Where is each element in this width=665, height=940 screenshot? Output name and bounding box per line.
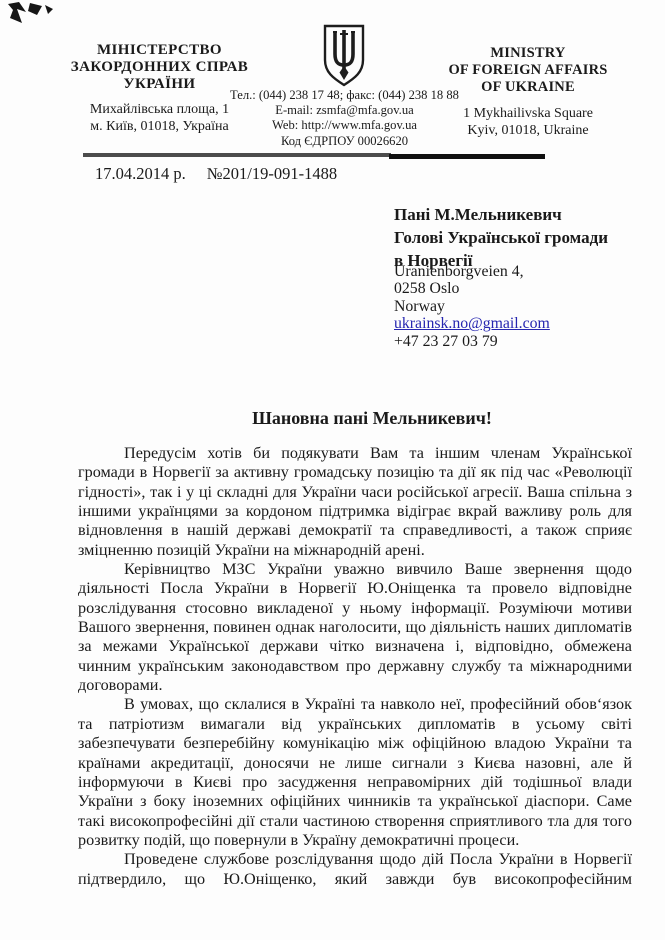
ministry-address-line: 1 Mykhailivska Square (428, 105, 628, 122)
recipient-address-block: Uranienborgveien 4,0258 OsloNorway ukrai… (394, 263, 550, 350)
body-text-line: діяльності Посла України в Норвегії Ю.Он… (78, 579, 632, 598)
header-rule-gray-segment (83, 153, 391, 157)
body-text-line: країнами акредитації, доносячи не лише с… (78, 754, 632, 773)
ministry-name-line: МІНІСТЕРСТВО (52, 42, 267, 59)
recipient-address-line: Norway (394, 298, 550, 315)
ministry-name-line: OF FOREIGN AFFAIRS (428, 62, 628, 79)
body-text-line: відновлення в нашій державі демократії т… (78, 521, 632, 540)
recipient-line: Пані М.Мельникевич (394, 203, 608, 226)
salutation: Шановна пані Мельникевич! (78, 408, 634, 429)
body-text-line: В умовах, що склалися в Україні та навко… (78, 695, 632, 714)
body-text-line: інформуючи в Києві про засудження неправ… (78, 773, 632, 792)
body-text-line: чинним українським законодавством про де… (78, 657, 632, 676)
body-text-line: іншими українцями за кордоном підтримка … (78, 502, 632, 521)
body-text-line: розслідування стосовно викладеної у ньом… (78, 599, 632, 618)
ministry-address-line: Kyiv, 01018, Ukraine (428, 122, 628, 139)
body-text-line: за межами Української держави чітко визн… (78, 637, 632, 656)
body-text-line: України з боку іноземних офіційних чинни… (78, 792, 632, 811)
recipient-address-line: Uranienborgveien 4, (394, 263, 550, 280)
scan-artifact (4, 1, 56, 27)
letter-number: №201/19-091-1488 (207, 164, 337, 183)
header-rule-black-segment (389, 154, 545, 159)
ukraine-trident-emblem-icon (321, 24, 367, 88)
ministry-name-uk: МІНІСТЕРСТВОЗАКОРДОННИХ СПРАВУКРАЇНИ (52, 42, 267, 93)
ministry-name-line: MINISTRY (428, 45, 628, 62)
body-text-line: Проведене службове розслідування щодо ді… (78, 850, 632, 869)
body-text-line: гідності», так і у ці складні для Україн… (78, 483, 632, 502)
recipient-address-line: 0258 Oslo (394, 280, 550, 297)
reference-line: 17.04.2014 р.№201/19-091-1488 (95, 164, 337, 184)
header-ministry-en: MINISTRYOF FOREIGN AFFAIRSOF UKRAINE 1 M… (428, 45, 628, 139)
scanned-letter-page: МІНІСТЕРСТВОЗАКОРДОННИХ СПРАВУКРАЇНИ Мих… (0, 0, 665, 940)
recipient-line: Голові Української громади (394, 226, 608, 249)
body-text-line: забезпечувати безперебійну комунікацію м… (78, 734, 632, 753)
recipient-address-lines: Uranienborgveien 4,0258 OsloNorway (394, 263, 550, 315)
body-text-line: Керівництво МЗС України уважно вивчило В… (78, 560, 632, 579)
body-text-line: договорами. (78, 676, 632, 695)
body-text-line: та патріотизм вимагали від українських д… (78, 715, 632, 734)
recipient-email-link[interactable]: ukrainsk.no@gmail.com (394, 315, 550, 332)
letter-date: 17.04.2014 р. (95, 164, 186, 183)
ministry-name-en: MINISTRYOF FOREIGN AFFAIRSOF UKRAINE (428, 45, 628, 96)
body-text-line: розвитку подій, що повернули в Україну д… (78, 831, 632, 850)
ministry-name-line: ЗАКОРДОННИХ СПРАВ (52, 59, 267, 76)
body-text-line: такі високопрофесійні дії стали частиною… (78, 812, 632, 831)
recipient-phone: +47 23 27 03 79 (394, 333, 550, 350)
body-text-line: зміцненню позицій України на міжнародній… (78, 541, 632, 560)
ministry-address-en: 1 Mykhailivska SquareKyiv, 01018, Ukrain… (428, 105, 628, 139)
body-text-line: Вашого звернення, повинен однак наголоси… (78, 618, 632, 637)
recipient-block: Пані М.МельникевичГолові Української гро… (394, 203, 608, 272)
ministry-name-line: OF UKRAINE (428, 79, 628, 96)
body-text-line: Передусім хотів би подякувати Вам та інш… (78, 444, 632, 463)
body-text-line: громади в Норвегії за активну громадську… (78, 463, 632, 482)
letter-body: Передусім хотів би подякувати Вам та інш… (78, 444, 632, 889)
body-text-line: підтвердило, що Ю.Оніщенко, який завжди … (78, 870, 632, 889)
